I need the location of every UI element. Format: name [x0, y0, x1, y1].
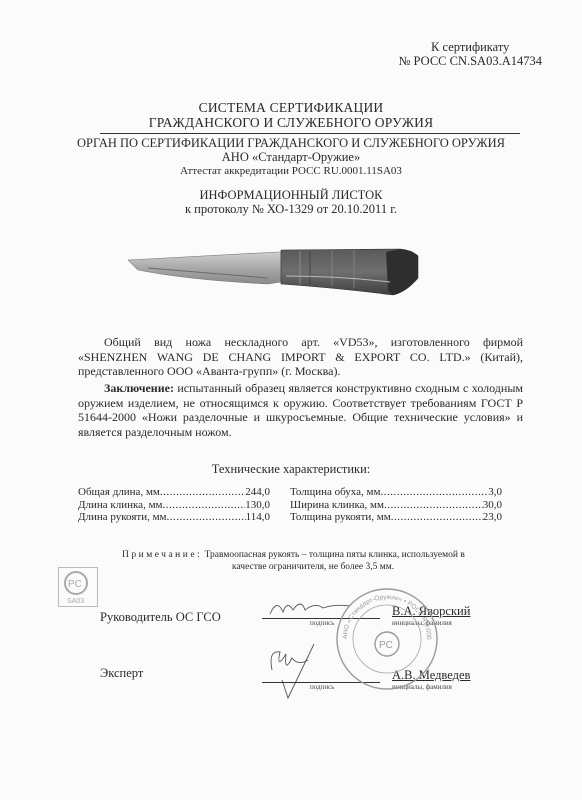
spec-label: Длина клинка, мм: [78, 499, 163, 512]
conclusion: Заключение: испытанный образец является …: [78, 381, 523, 439]
signature-caption: подпись: [310, 619, 334, 627]
spec-value: 3,0: [488, 486, 502, 499]
spec-label: Ширина клинка, мм: [290, 499, 384, 512]
note-line1: Травмоопасная рукоять – толщина пяты кли…: [205, 550, 465, 560]
system-title-line1: СИСТЕМА СЕРТИФИКАЦИИ: [0, 100, 582, 115]
signer-role-head: Руководитель ОС ГСО: [100, 610, 221, 625]
organ-name: ОРГАН ПО СЕРТИФИКАЦИИ ГРАЖДАНСКОГО И СЛУ…: [0, 136, 582, 150]
spec-label: Длина рукояти, мм: [78, 511, 167, 524]
note-line2: качестве ограничителя, не более 3,5 мм.: [122, 561, 502, 573]
svg-text:АНО «Стандарт-Оружие» • РОСС R: АНО «Стандарт-Оружие» • РОСС RU.0001.11S…: [332, 584, 432, 640]
organ-org: АНО «Стандарт-Оружие»: [0, 150, 582, 164]
svg-text:PC: PC: [379, 640, 393, 651]
spec-row: Общая длина, мм244,0: [78, 486, 270, 499]
organ-accreditation: Аттестат аккредитации РОСС RU.0001.11SA0…: [0, 164, 582, 178]
certificate-ref-line1: К сертификату: [398, 40, 542, 54]
seal-icon: PC АНО «Стандарт-Оружие» • РОСС RU.0001.…: [332, 584, 442, 694]
info-sheet-header: ИНФОРМАЦИОННЫЙ ЛИСТОК к протоколу № ХО-1…: [0, 188, 582, 216]
specs-right-column: Толщина обуха, мм3,0 Ширина клинка, мм30…: [290, 486, 502, 524]
conformity-mark: PC SA03: [58, 567, 98, 607]
spec-label: Общая длина, мм: [78, 486, 160, 499]
info-sheet-title: ИНФОРМАЦИОННЫЙ ЛИСТОК: [0, 188, 582, 202]
product-description: Общий вид ножа нескладного арт. «VD53», …: [78, 335, 523, 379]
spec-row: Толщина обуха, мм3,0: [290, 486, 502, 499]
spec-row: Длина рукояти, мм114,0: [78, 511, 270, 524]
note: Примечание: Травмоопасная рукоять – толщ…: [122, 549, 502, 573]
spec-value: 130,0: [245, 499, 270, 512]
spec-value: 244,0: [245, 486, 270, 499]
knife-image: [128, 240, 448, 315]
signature-caption: подпись: [310, 683, 334, 691]
system-title-line2: ГРАЖДАНСКОГО И СЛУЖЕБНОГО ОРУЖИЯ: [0, 115, 582, 130]
seal-stamp: PC АНО «Стандарт-Оружие» • РОСС RU.0001.…: [332, 584, 442, 699]
rst-logo-icon: PC SA03: [59, 568, 97, 606]
spec-value: 23,0: [483, 511, 502, 524]
system-title: СИСТЕМА СЕРТИФИКАЦИИ ГРАЖДАНСКОГО И СЛУЖ…: [0, 100, 582, 130]
header-divider: [100, 133, 520, 134]
spec-label: Толщина рукояти, мм: [290, 511, 391, 524]
svg-text:PC: PC: [68, 579, 82, 590]
spec-row: Толщина рукояти, мм23,0: [290, 511, 502, 524]
spec-value: 30,0: [483, 499, 502, 512]
spec-value: 114,0: [246, 511, 270, 524]
signature-expert: [262, 640, 332, 715]
certificate-reference: К сертификату № РОСС CN.SA03.A14734: [398, 40, 542, 68]
svg-text:SA03: SA03: [67, 598, 84, 605]
protocol-ref: к протоколу № ХО-1329 от 20.10.2011 г.: [0, 202, 582, 216]
conclusion-label: Заключение:: [104, 381, 174, 395]
certificate-ref-number: № РОСС CN.SA03.A14734: [398, 54, 542, 68]
tech-specs-title: Технические характеристики:: [0, 462, 582, 477]
signer-role-expert: Эксперт: [100, 666, 143, 681]
certification-body: ОРГАН ПО СЕРТИФИКАЦИИ ГРАЖДАНСКОГО И СЛУ…: [0, 136, 582, 178]
spec-label: Толщина обуха, мм: [290, 486, 380, 499]
specs-left-column: Общая длина, мм244,0 Длина клинка, мм130…: [78, 486, 270, 524]
spec-row: Ширина клинка, мм30,0: [290, 499, 502, 512]
spec-row: Длина клинка, мм130,0: [78, 499, 270, 512]
note-label: Примечание:: [122, 550, 202, 560]
